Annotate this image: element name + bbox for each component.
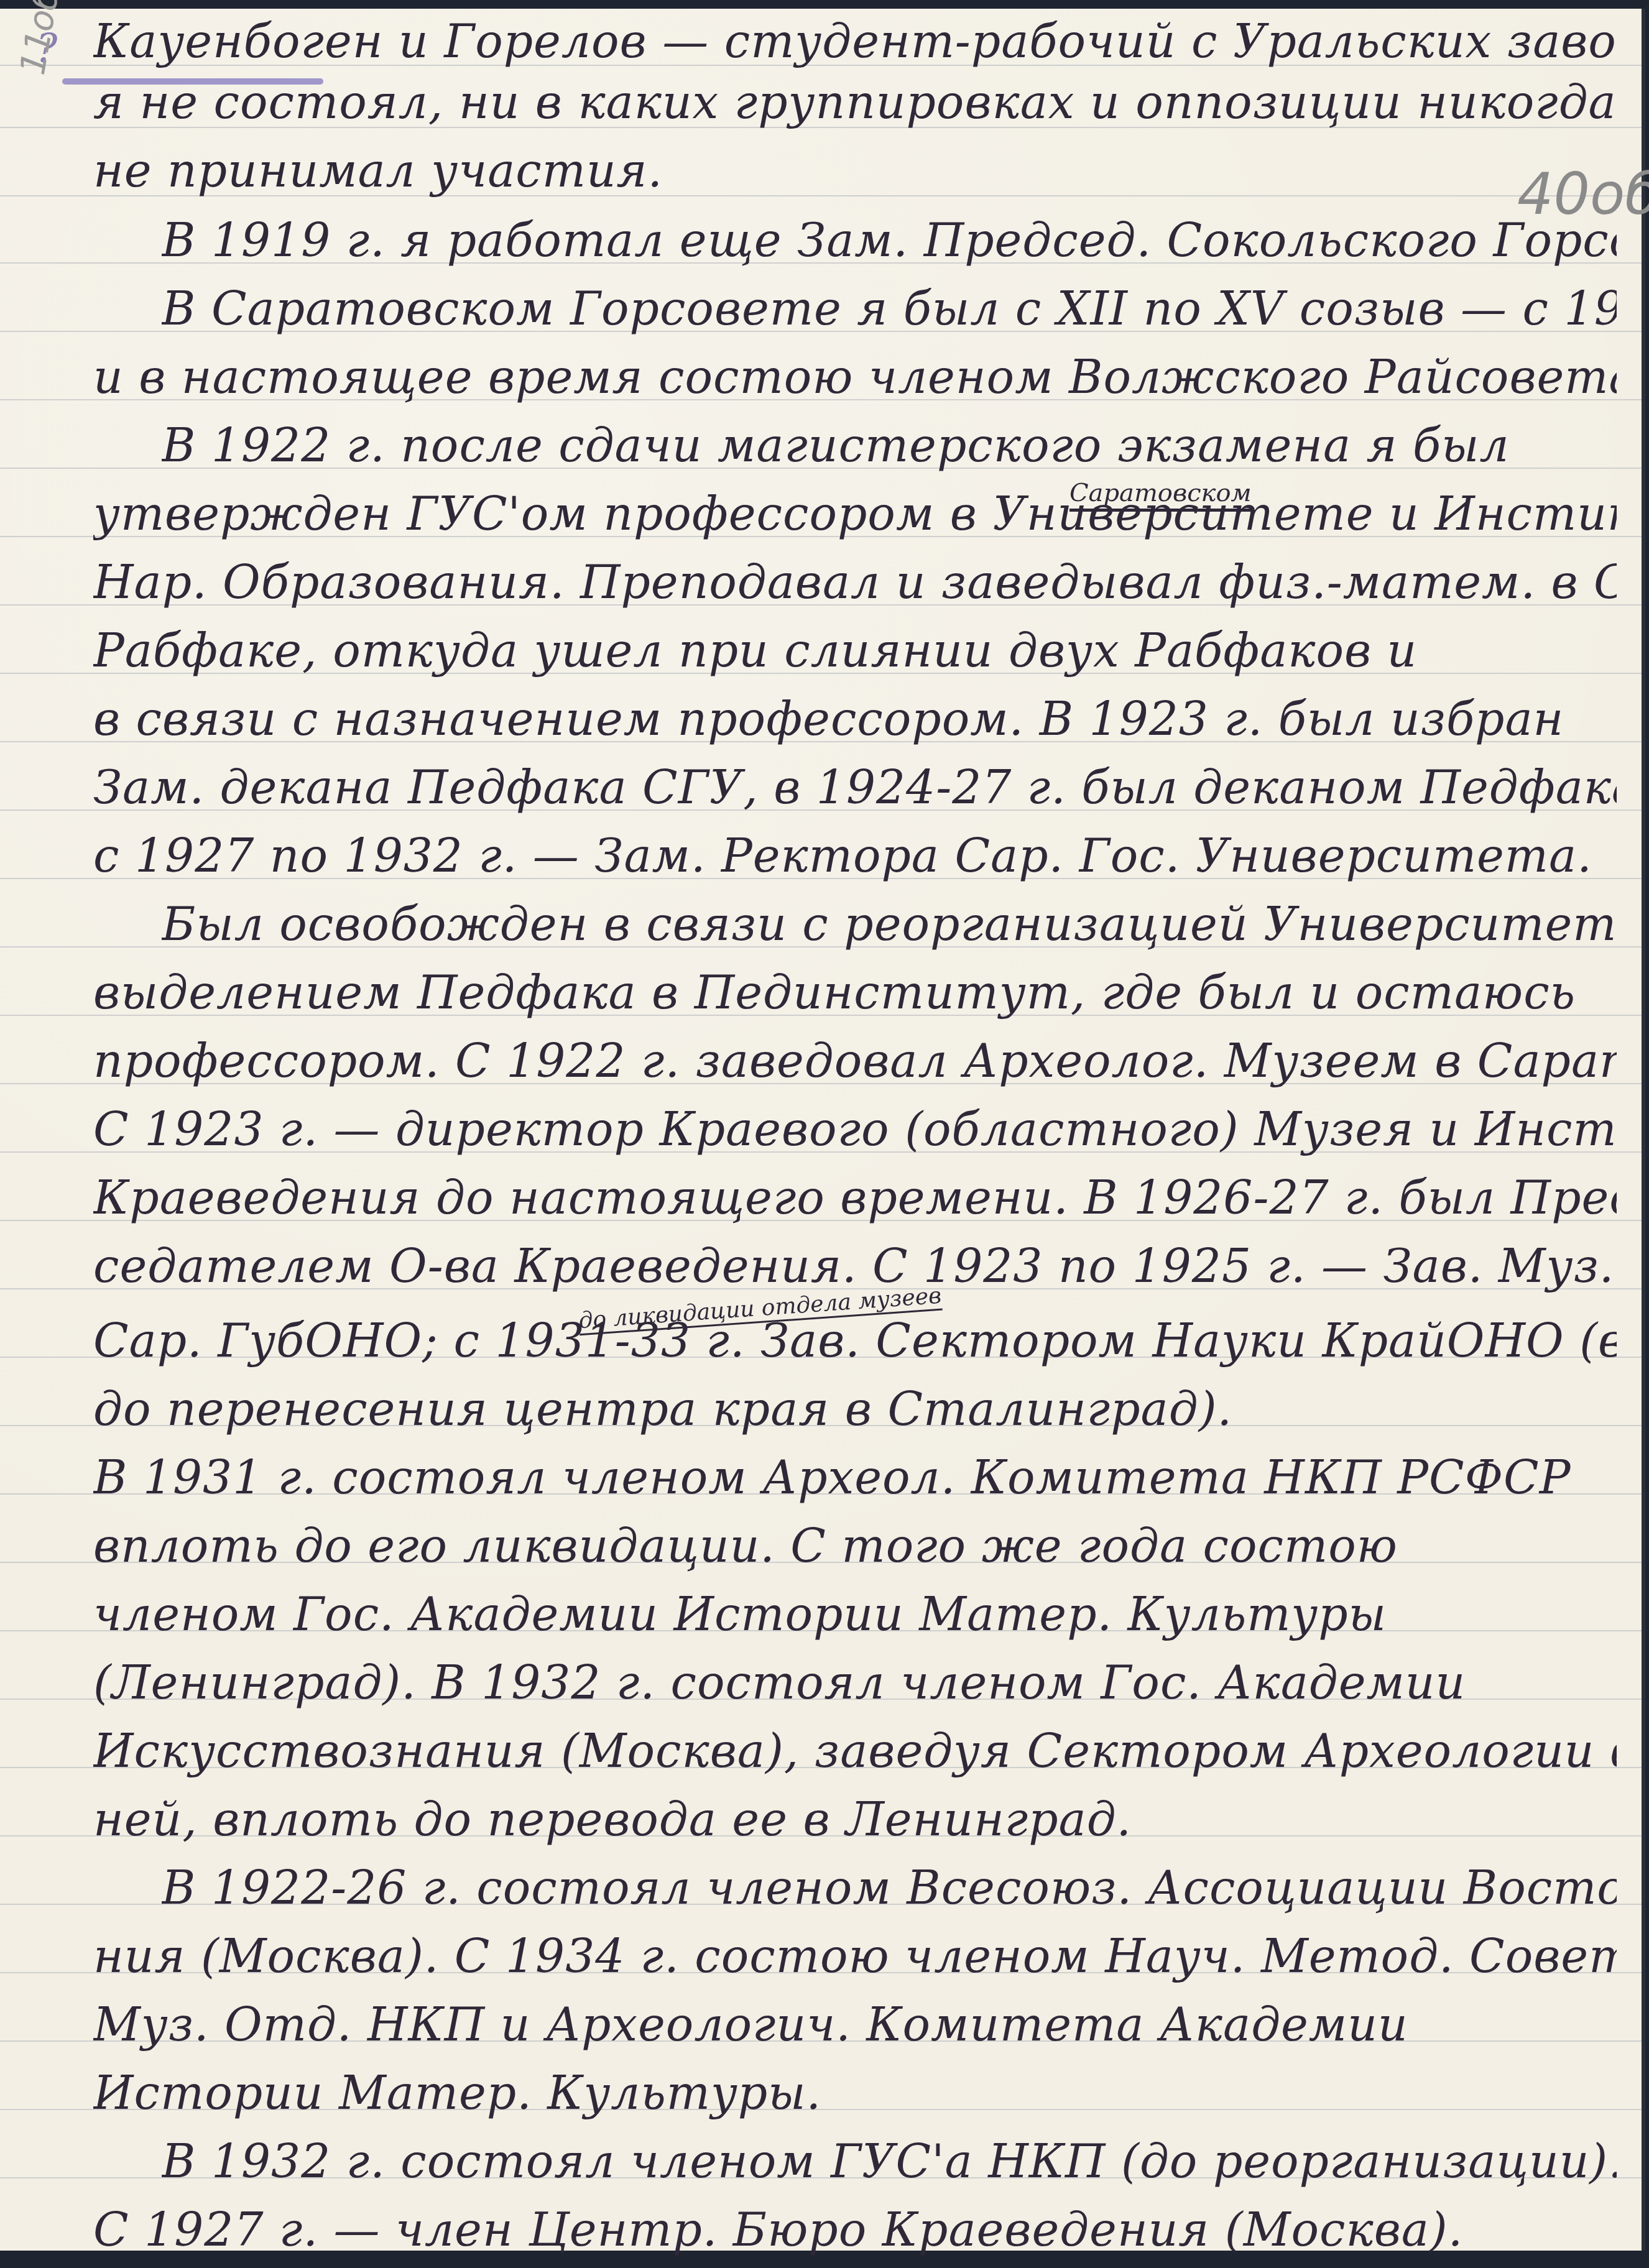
text-line: С 1923 г. — директор Краевого (областног… [93,1103,1617,1156]
text-line: не принимал участия. [93,144,1617,198]
text-line: профессором. С 1922 г. заведовал Археоло… [93,1035,1617,1088]
text-line: Нар. Образования. Преподавал и заведывал… [93,556,1617,609]
text-line: ния (Москва). С 1934 г. состою членом На… [93,1930,1617,1983]
text-line: В Саратовском Горсовете я был с XII по X… [162,282,1617,336]
text-line: (Ленинград). В 1932 г. состоял членом Го… [93,1656,1617,1710]
text-line: Рабфаке, откуда ушел при слиянии двух Ра… [93,624,1617,678]
text-line: В 1922 г. после сдачи магистерского экза… [162,419,1617,472]
text-line: Кауенбоген и Горелов — студент-рабочий с… [93,15,1617,68]
text-line: до перенесения центра края в Сталинград)… [93,1383,1617,1436]
text-line: Муз. Отд. НКП и Археологич. Комитета Ака… [93,1998,1617,2052]
text-line: Зам. декана Педфака СГУ, в 1924-27 г. бы… [93,761,1617,814]
text-line: членом Гос. Академии Истории Матер. Куль… [93,1588,1617,1641]
text-line: Был освобожден в связи с реорганизацией … [162,898,1617,951]
text-line: В 1922-26 г. состоял членом Всесоюз. Асс… [162,1861,1617,1915]
text-line: вплоть до его ликвидации. С того же года… [93,1519,1617,1573]
text-line: утвержден ГУС'ом профессором в Университ… [93,487,1617,541]
text-line: выделением Педфака в Пединститут, где бы… [93,966,1617,1020]
text-line: В 1932 г. состоял членом ГУС'а НКП (до р… [162,2135,1617,2188]
old-folio-number: 11об [12,0,67,78]
text-line: В 1919 г. я работал еще Зам. Председ. Со… [162,214,1617,267]
text-line: и в настоящее время состою членом Волжск… [93,351,1617,404]
text-line: Сар. ГубОНО; с 1931-33 г. Зав. Сектором … [93,1314,1617,1368]
text-line: В 1931 г. состоял членом Археол. Комитет… [93,1451,1617,1505]
text-line: я не состоял, ни в каких группировках и … [93,76,1617,129]
text-line: седателем О-ва Краеведения. С 1923 по 19… [93,1240,1617,1293]
text-line: в связи с назначением профессором. В 192… [93,693,1617,746]
text-line: Искусствознания (Москва), заведуя Сектор… [93,1725,1617,1778]
text-line: С 1927 г. — член Центр. Бюро Краеведения… [93,2203,1617,2257]
text-line: Истории Матер. Культуры. [93,2067,1617,2120]
text-line: Краеведения до настоящего времени. В 192… [93,1171,1617,1225]
text-line: с 1927 по 1932 г. — Зам. Ректора Сар. Го… [93,829,1617,883]
text-line: ней, вплоть до перевода ее в Ленинград. [93,1793,1617,1846]
document-page: ? 11об 40об Саратовском до ликвидации от… [0,9,1645,2251]
